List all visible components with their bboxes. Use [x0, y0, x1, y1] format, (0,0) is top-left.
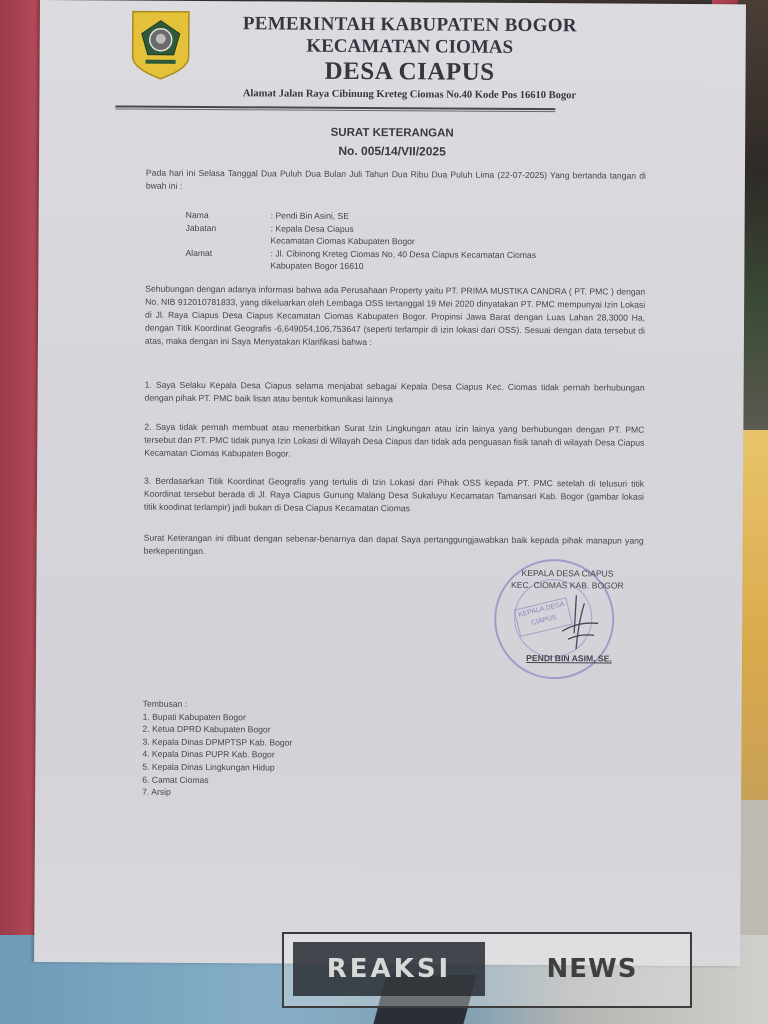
cc-item: 2. Ketua DPRD Kabupaten Bogor [143, 723, 293, 737]
main-paragraph: Sehubungan dengan adanya informasi bahwa… [145, 283, 645, 351]
cc-item: 6. Camat Ciomas [142, 773, 292, 787]
letterhead-village: DESA CIAPUS [179, 57, 639, 88]
letterhead-district: KECAMATAN CIOMAS [180, 35, 640, 60]
background-scene-lower [738, 800, 768, 940]
identity-row: Kabupaten Bogor 16610 [185, 259, 600, 274]
identity-table: Nama: Pendi Bin Asini, SE Jabatan: Kepal… [185, 209, 600, 274]
cc-item: 1. Bupati Kabupaten Bogor [143, 710, 293, 724]
signatory-name: PENDI BIN ASIM, SE. [514, 653, 624, 664]
letter-number: No. 005/14/VII/2025 [39, 140, 745, 162]
reaksi-news-watermark: REAKSI NEWS [282, 932, 692, 1008]
opening-paragraph: Pada hari ini Selasa Tanggal Dua Puluh D… [146, 167, 646, 196]
cc-item: 3. Kepala Dinas DPMPTSP Kab. Bogor [142, 735, 292, 749]
point-2: 2. Saya tidak pernah membuat atau menerb… [144, 421, 644, 463]
cc-heading: Tembusan : [143, 698, 293, 712]
letter-paper: PEMERINTAH KABUPATEN BOGOR KECAMATAN CIO… [34, 0, 746, 966]
carbon-copy-list: Tembusan : 1. Bupati Kabupaten Bogor 2. … [142, 698, 292, 800]
cc-item: 5. Kepala Dinas Lingkungan Hidup [142, 761, 292, 775]
letterhead-address: Alamat Jalan Raya Cibinung Kreteg Ciomas… [179, 87, 639, 104]
cc-item: 4. Kepala Dinas PUPR Kab. Bogor [142, 748, 292, 762]
letterhead: PEMERINTAH KABUPATEN BOGOR KECAMATAN CIO… [179, 13, 640, 104]
point-3: 3. Berdasarkan Titik Koordinat Geografis… [144, 475, 644, 517]
cc-item: 7. Arsip [142, 786, 292, 800]
letter-heading: SURAT KETERANGAN No. 005/14/VII/2025 [39, 122, 745, 162]
signatory-title: KEPALA DESA CIAPUS KEC. CIOMAS KAB. BOGO… [502, 567, 632, 592]
watermark-left: REAKSI [293, 942, 485, 996]
signature-icon [554, 593, 604, 653]
point-1: 1. Saya Selaku Kepala Desa Ciapus selama… [145, 379, 645, 408]
closing-paragraph: Surat Keterangan ini dibuat dengan seben… [144, 532, 644, 561]
letterhead-government: PEMERINTAH KABUPATEN BOGOR [180, 13, 640, 38]
watermark-right: NEWS [504, 942, 680, 996]
